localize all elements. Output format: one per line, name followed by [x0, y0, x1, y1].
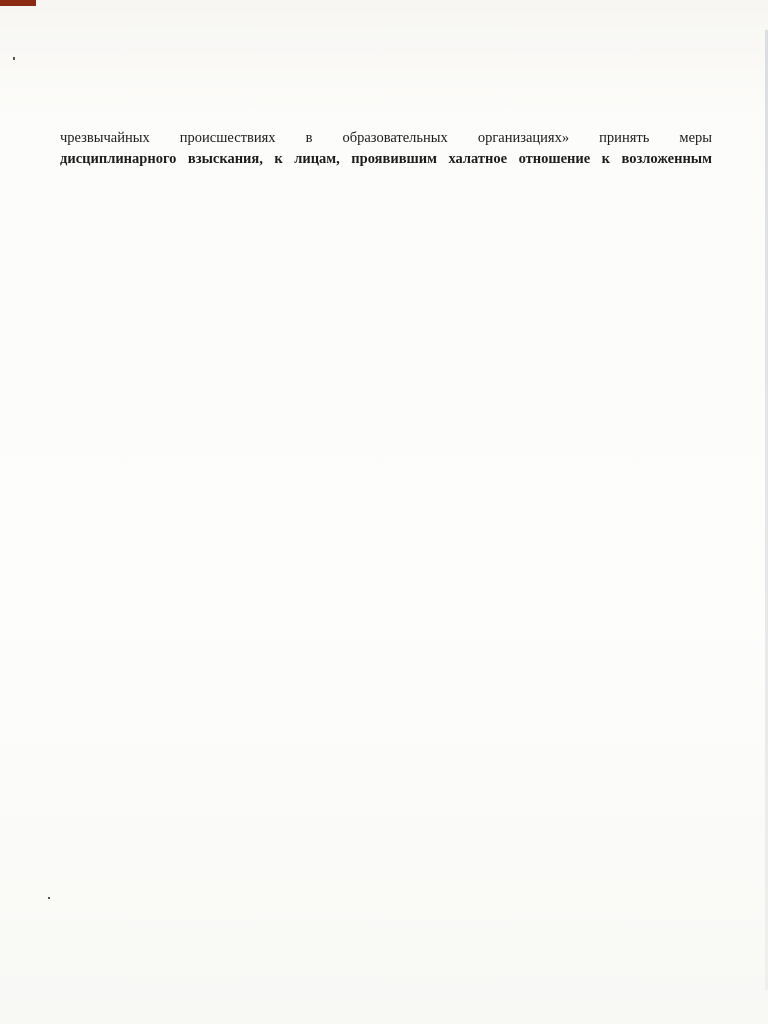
- scan-speck: [13, 57, 15, 60]
- scan-edge-artifact: [0, 0, 36, 6]
- body-line: дисциплинарного взыскания, к лицам, проя…: [60, 149, 712, 170]
- body-line: чрезвычайных происшествиях в образовател…: [60, 128, 712, 149]
- scan-speck: [48, 897, 50, 899]
- scanned-page: чрезвычайных происшествиях в образовател…: [0, 0, 768, 1024]
